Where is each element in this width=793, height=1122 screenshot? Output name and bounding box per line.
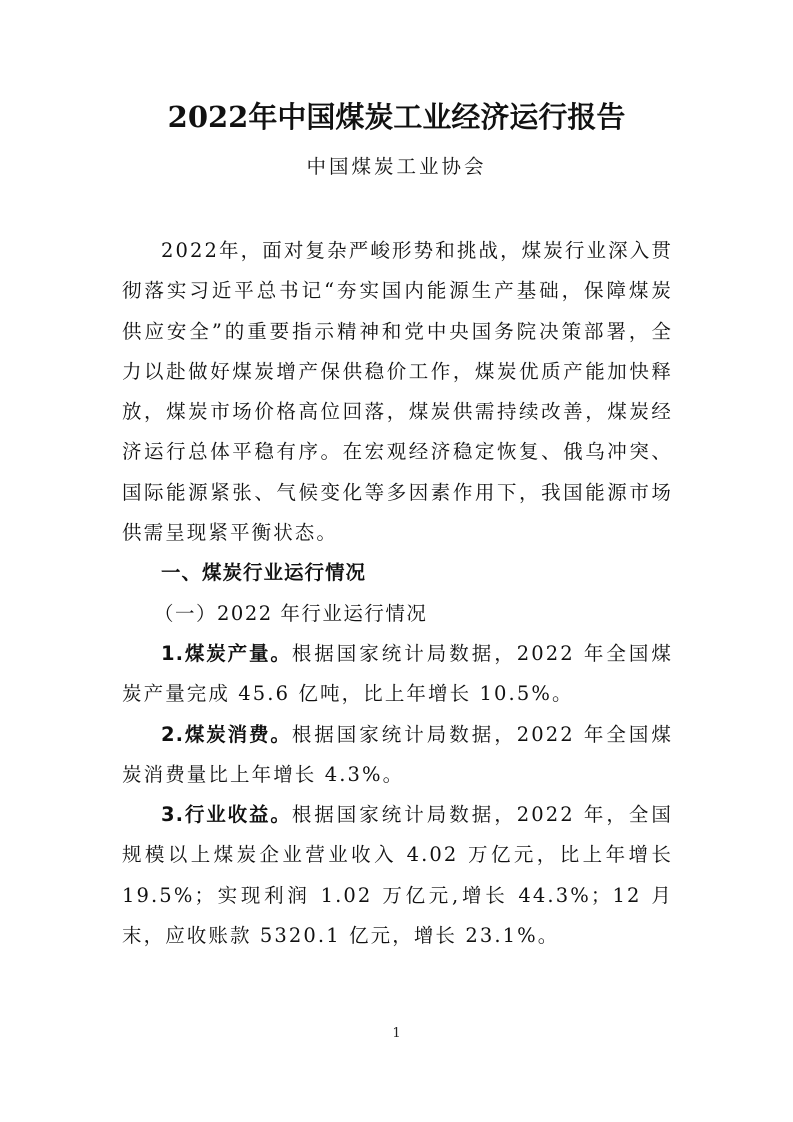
document-author: 中国煤炭工业协会 [0,152,793,182]
page-number: 1 [0,1024,793,1044]
document-body: 2022年，面对复杂严峻形势和挑战，煤炭行业深入贯彻落实习近平总书记“夯实国内能… [122,231,673,956]
item-coal-output: 1.煤炭产量。根据国家统计局数据，2022 年全国煤炭产量完成 45.6 亿吨，… [122,634,673,715]
item-industry-revenue: 3.行业收益。根据国家统计局数据，2022 年，全国规模以上煤炭企业营业收入 4… [122,795,673,956]
document-page: 2022年中国煤炭工业经济运行报告 中国煤炭工业协会 2022年，面对复杂严峻形… [0,0,793,1122]
subsection-heading: （一）2022 年行业运行情况 [122,594,673,634]
item-coal-consumption: 2.煤炭消费。根据国家统计局数据，2022 年全国煤炭消费量比上年增长 4.3%… [122,715,673,796]
item-lead: 3.行业收益。 [161,803,292,826]
item-lead: 2.煤炭消费。 [161,723,292,746]
intro-paragraph: 2022年，面对复杂严峻形势和挑战，煤炭行业深入贯彻落实习近平总书记“夯实国内能… [122,231,673,553]
section-heading: 一、煤炭行业运行情况 [122,553,673,593]
item-lead: 1.煤炭产量。 [161,642,292,665]
document-title: 2022年中国煤炭工业经济运行报告 [0,97,793,137]
